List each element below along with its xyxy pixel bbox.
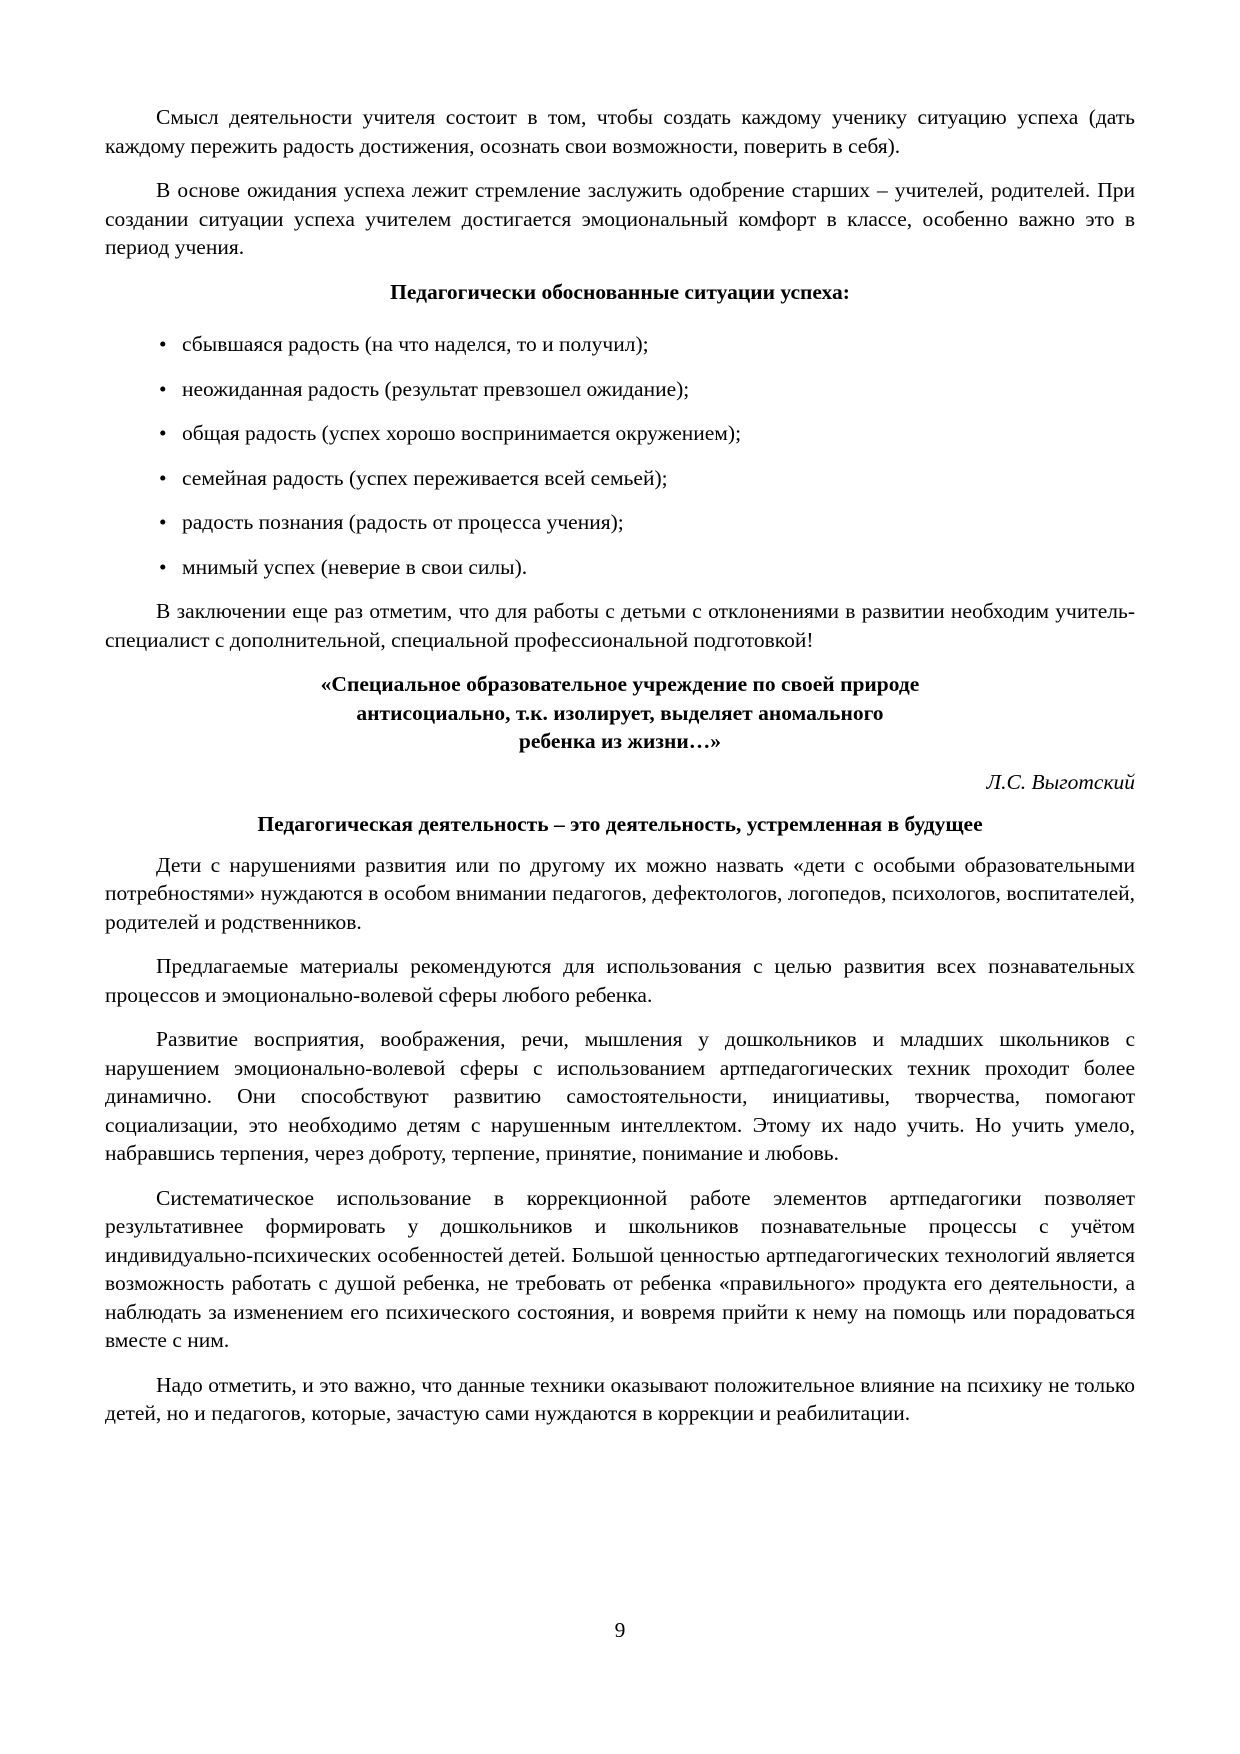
- list-item-text: семейная радость (успех переживается все…: [182, 464, 668, 493]
- list-item: • семейная радость (успех переживается в…: [105, 464, 1135, 493]
- bullet-icon: •: [159, 330, 182, 359]
- quote-attribution: Л.С. Выготский: [105, 768, 1135, 797]
- bullet-icon: •: [159, 553, 182, 582]
- list-item: • мнимый успех (неверие в свои силы).: [105, 553, 1135, 582]
- paragraph-development-of-perception: Развитие восприятия, воображения, речи, …: [105, 1025, 1135, 1168]
- paragraph-basis-of-success-expectation: В основе ожидания успеха лежит стремлени…: [105, 176, 1135, 262]
- list-item: • общая радость (успех хорошо воспринима…: [105, 419, 1135, 448]
- quote-block: «Специальное образовательное учреждение …: [105, 670, 1135, 756]
- bullet-icon: •: [159, 508, 182, 537]
- list-item-text: радость познания (радость от процесса уч…: [182, 508, 624, 537]
- quote-line: ребенка из жизни…»: [105, 727, 1135, 756]
- paragraph-proposed-materials: Предлагаемые материалы рекомендуются для…: [105, 952, 1135, 1009]
- paragraph-conclusion-specialist-teacher: В заключении еще раз отметим, что для ра…: [105, 597, 1135, 654]
- bullet-icon: •: [159, 464, 182, 493]
- list-item-text: общая радость (успех хорошо воспринимает…: [182, 419, 741, 448]
- bullet-icon: •: [159, 375, 182, 404]
- heading-pedagogical-activity: Педагогическая деятельность – это деятел…: [105, 810, 1135, 839]
- list-item: • неожиданная радость (результат превзош…: [105, 375, 1135, 404]
- list-item-text: неожиданная радость (результат превзошел…: [182, 375, 689, 404]
- list-item: • радость познания (радость от процесса …: [105, 508, 1135, 537]
- document-page: Смысл деятельности учителя состоит в том…: [0, 0, 1240, 1754]
- quote-line: антисоциально, т.к. изолирует, выделяет …: [105, 699, 1135, 728]
- list-item-text: мнимый успех (неверие в свои силы).: [182, 553, 527, 582]
- paragraph-children-with-special-needs: Дети с нарушениями развития или по друго…: [105, 851, 1135, 937]
- quote-line: «Специальное образовательное учреждение …: [105, 670, 1135, 699]
- bullet-list-success-situations: • сбывшаяся радость (на что наделся, то …: [105, 330, 1135, 581]
- list-item: • сбывшаяся радость (на что наделся, то …: [105, 330, 1135, 359]
- paragraph-systematic-use-artpedagogy: Систематическое использование в коррекци…: [105, 1184, 1135, 1355]
- paragraph-positive-influence-note: Надо отметить, и это важно, что данные т…: [105, 1371, 1135, 1428]
- paragraph-meaning-of-teacher-activity: Смысл деятельности учителя состоит в том…: [105, 103, 1135, 160]
- bullet-icon: •: [159, 419, 182, 448]
- page-number: 9: [0, 1616, 1240, 1645]
- heading-success-situations: Педагогически обоснованные ситуации успе…: [105, 278, 1135, 307]
- list-item-text: сбывшаяся радость (на что наделся, то и …: [182, 330, 649, 359]
